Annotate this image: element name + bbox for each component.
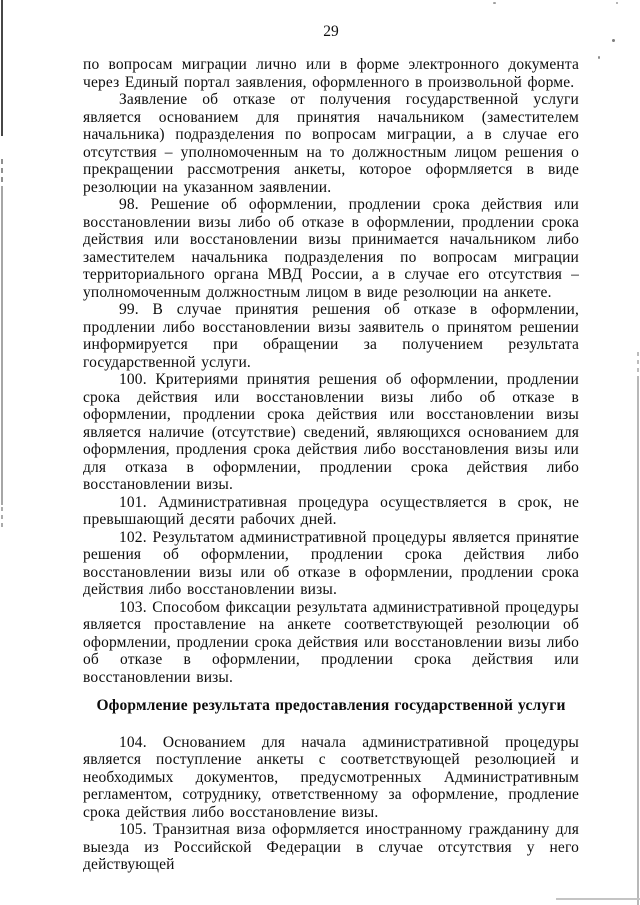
scan-artifact-left-edge-line-dark xyxy=(1,0,3,136)
section-heading: Оформление результата предоставления гос… xyxy=(83,697,579,715)
paragraph: 100. Критериями принятия решения об офор… xyxy=(83,371,579,494)
scan-artifact-left-edge-line-gray xyxy=(1,186,3,505)
paragraph: 103. Способом фиксации результата админи… xyxy=(83,599,579,687)
document-body: по вопросам миграции лично или в форме э… xyxy=(83,56,579,874)
scan-speck xyxy=(493,2,496,4)
scan-artifact-left-edge-line-dashed xyxy=(1,159,3,186)
scan-artifact-right-edge-line xyxy=(637,376,639,905)
scan-artifact-bottom-edge-line xyxy=(556,898,640,900)
page-number: 29 xyxy=(83,23,579,41)
paragraph: 98. Решение об оформлении, продлении сро… xyxy=(83,196,579,301)
paragraph: 104. Основанием для начала административ… xyxy=(83,734,579,822)
paragraph: 101. Административная процедура осуществ… xyxy=(83,494,579,529)
paragraph: 102. Результатом административной процед… xyxy=(83,529,579,599)
scan-artifact-left-edge-line-dashed-lower xyxy=(1,507,3,527)
paragraph: по вопросам миграции лично или в форме э… xyxy=(83,56,579,91)
scan-speck xyxy=(612,39,615,42)
scan-artifact-right-edge-line-dashed xyxy=(637,352,639,376)
scan-speck xyxy=(598,56,600,59)
paragraph: 105. Транзитная виза оформляется иностра… xyxy=(83,821,579,874)
paragraph: Заявление об отказе от получения государ… xyxy=(83,91,579,196)
scan-speck xyxy=(616,2,618,4)
paragraph: 99. В случае принятия решения об отказе … xyxy=(83,301,579,371)
